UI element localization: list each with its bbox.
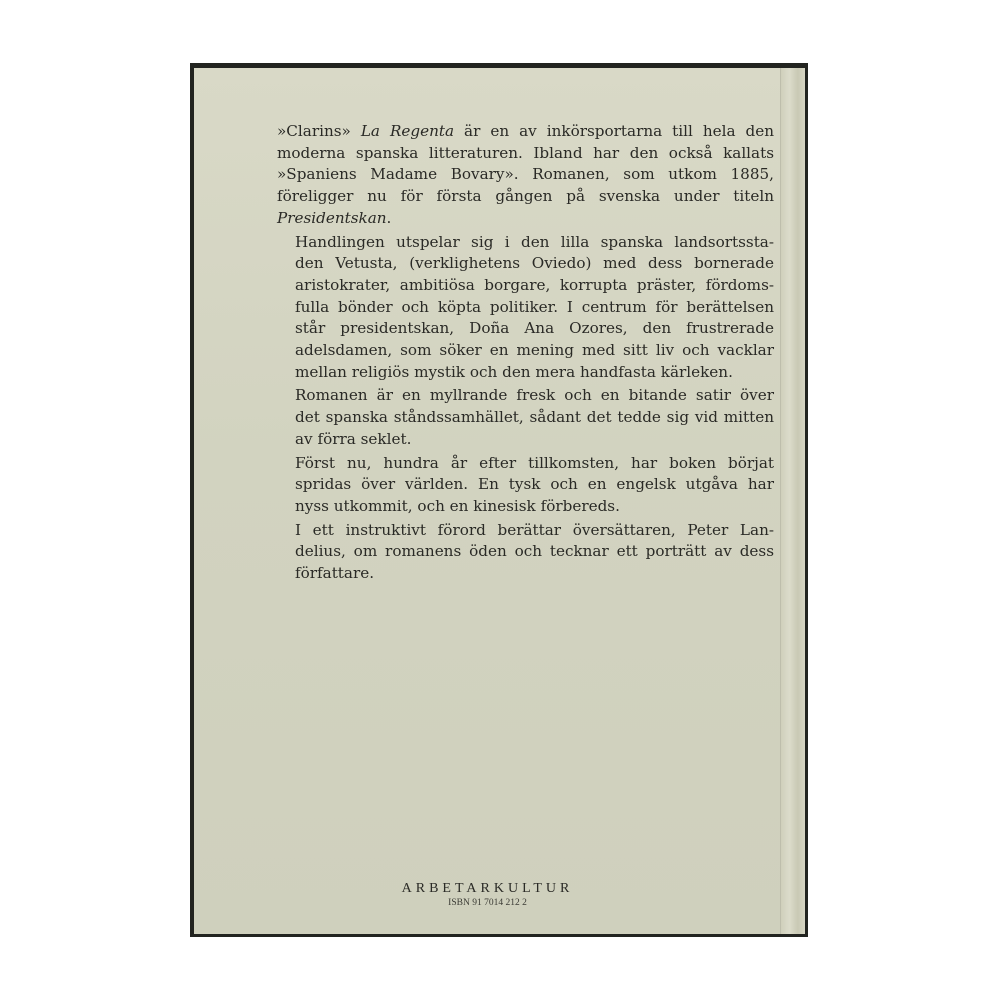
text-line: »Spaniens Madame Bovary». Romanen, som u… [277,164,774,186]
text-line: spridas över världen. En tysk och en eng… [277,474,774,496]
text-line: författare. [277,563,774,585]
text-line: Handlingen utspelar sig i den lilla span… [277,232,774,254]
text-line: föreligger nu för första gången på svens… [277,186,774,208]
text-line: den Vetusta, (verklighetens Oviedo) med … [277,253,774,275]
text-line: adelsdamen, som söker en mening med sitt… [277,340,774,362]
text-line: det spanska ståndssamhället, sådant det … [277,407,774,429]
text-line: delius, om romanens öden och tecknar ett… [277,541,774,563]
text-line: »Clarins» La Regenta är en av inkörsport… [277,121,774,143]
blurb-paragraph: Först nu, hundra år efter tillkomsten, h… [277,453,774,518]
italic-title: La Regenta [361,122,454,140]
publisher-block: ARBETARKULTUR ISBN 91 7014 212 2 [194,881,781,908]
text-line: Först nu, hundra år efter tillkomsten, h… [277,453,774,475]
text-line: Presidentskan. [277,208,774,230]
text-line: Romanen är en myllrande fresk och en bit… [277,385,774,407]
book-spine-edge [780,68,805,934]
isbn-number: ISBN 91 7014 212 2 [194,898,781,908]
text-line: fulla bönder och köpta politiker. I cent… [277,297,774,319]
publisher-name: ARBETARKULTUR [194,881,781,897]
italic-title: Presidentskan [277,209,387,227]
text-line: aristokrater, ambitiösa borgare, korrupt… [277,275,774,297]
book-back-cover: »Clarins» La Regenta är en av inkörsport… [190,63,808,937]
text-line: I ett instruktivt förord berättar översä… [277,520,774,542]
blurb-paragraph: Handlingen utspelar sig i den lilla span… [277,232,774,384]
text-line: står presidentskan, Doña Ana Ozores, den… [277,318,774,340]
text-line: moderna spanska litteraturen. Ibland har… [277,143,774,165]
blurb-paragraph: I ett instruktivt förord berättar översä… [277,520,774,585]
text-line: nyss utkommit, och en kinesisk förbereds… [277,496,774,518]
text-line: mellan religiös mystik och den mera hand… [277,362,774,384]
text-line: av förra seklet. [277,429,774,451]
blurb-text: »Clarins» La Regenta är en av inkörsport… [277,121,774,587]
blurb-paragraph: »Clarins» La Regenta är en av inkörsport… [277,121,774,230]
blurb-paragraph: Romanen är en myllrande fresk och en bit… [277,385,774,450]
